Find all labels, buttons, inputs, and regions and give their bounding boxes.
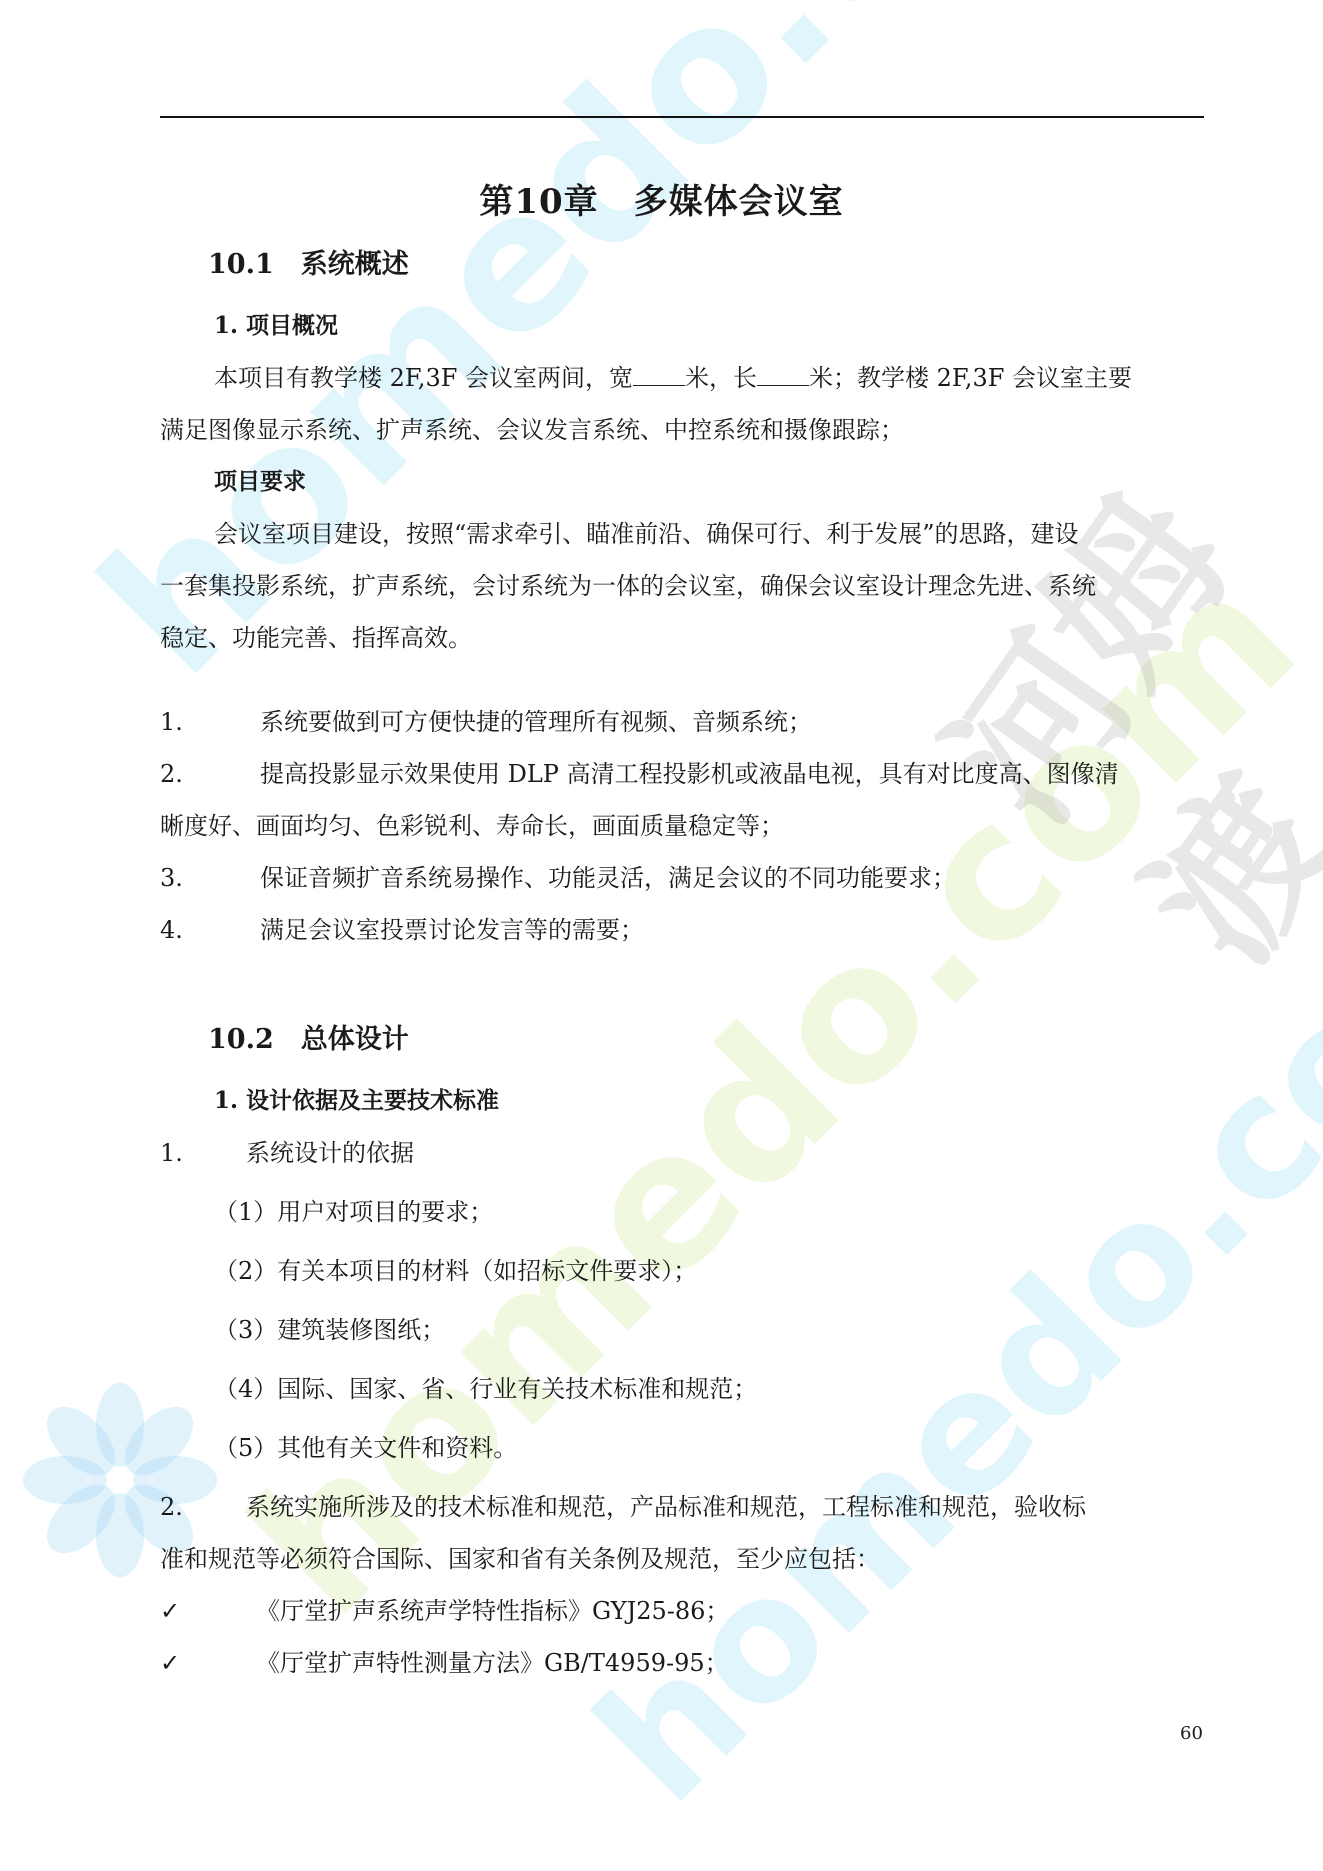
page-number: 60 bbox=[1180, 1723, 1203, 1744]
header-rule bbox=[160, 116, 1204, 118]
overview-paragraph-line-2: 满足图像显示系统、扩声系统、会议发言系统、中控系统和摄像跟踪； bbox=[160, 415, 904, 445]
item-text: 保证音频扩音系统易操作、功能灵活，满足会议的不同功能要求； bbox=[260, 864, 956, 892]
item-number: 1. bbox=[160, 707, 260, 737]
subheading-project-overview: 1. 项目概况 bbox=[214, 311, 338, 341]
item-number: 3. bbox=[160, 863, 260, 893]
subheading-design-basis: 1. 设计依据及主要技术标准 bbox=[214, 1086, 499, 1116]
requirements-paragraph-line-1: 会议室项目建设，按照“需求牵引、瞄准前沿、确保可行、利于发展”的思路，建设 bbox=[214, 519, 1079, 549]
overview-paragraph-line-1: 本项目有教学楼 2F,3F 会议室两间，宽米，长米；教学楼 2F,3F 会议室主… bbox=[214, 363, 1132, 393]
item-text: 《厅堂扩声系统声学特性指标》GYJ25-86； bbox=[256, 1597, 729, 1625]
document-page: 第10章 多媒体会议室 10.1 系统概述 1. 项目概况 本项目有教学楼 2F… bbox=[0, 0, 1323, 1871]
overview-text-a: 本项目有教学楼 2F,3F 会议室两间，宽 bbox=[214, 364, 633, 392]
requirement-item-1: 1.系统要做到可方便快捷的管理所有视频、音频系统； bbox=[160, 707, 812, 737]
width-blank bbox=[633, 363, 685, 386]
item-number: 4. bbox=[160, 915, 260, 945]
overview-text-c: 米；教学楼 2F,3F 会议室主要 bbox=[809, 364, 1132, 392]
item-number: 2. bbox=[160, 759, 260, 789]
basis-item-2: （2）有关本项目的材料（如招标文件要求）； bbox=[214, 1256, 697, 1286]
item-text: 系统设计的依据 bbox=[246, 1139, 414, 1167]
standard-item-1: ✓《厅堂扩声系统声学特性指标》GYJ25-86； bbox=[160, 1596, 729, 1626]
subheading-requirements: 项目要求 bbox=[214, 467, 306, 497]
section-heading-10-2: 10.2 总体设计 bbox=[208, 1025, 409, 1055]
item-number: 1. bbox=[160, 1138, 246, 1168]
requirement-item-3: 3.保证音频扩音系统易操作、功能灵活，满足会议的不同功能要求； bbox=[160, 863, 956, 893]
standards-paragraph-line-1: 2.系统实施所涉及的技术标准和规范，产品标准和规范，工程标准和规范，验收标 bbox=[160, 1492, 1086, 1522]
check-icon: ✓ bbox=[160, 1596, 256, 1626]
requirement-item-2: 2.提高投影显示效果使用 DLP 高清工程投影机或液晶电视，具有对比度高、图像清 bbox=[160, 759, 1119, 789]
length-blank bbox=[757, 363, 809, 386]
requirement-item-2-continued: 晰度好、画面均匀、色彩锐利、寿命长，画面质量稳定等； bbox=[160, 811, 784, 841]
basis-item-1: （1）用户对项目的要求； bbox=[214, 1197, 493, 1227]
item-text: 满足会议室投票讨论发言等的需要； bbox=[260, 916, 644, 944]
item-text: 《厅堂扩声特性测量方法》GB/T4959-95； bbox=[256, 1649, 729, 1677]
standards-paragraph-line-2: 准和规范等必须符合国际、国家和省有关条例及规范，至少应包括： bbox=[160, 1544, 880, 1574]
item-text: 系统实施所涉及的技术标准和规范，产品标准和规范，工程标准和规范，验收标 bbox=[246, 1493, 1086, 1521]
item-text: 提高投影显示效果使用 DLP 高清工程投影机或液晶电视，具有对比度高、图像清 bbox=[260, 760, 1119, 788]
basis-heading: 1.系统设计的依据 bbox=[160, 1138, 414, 1168]
item-number: 2. bbox=[160, 1492, 246, 1522]
requirements-paragraph-line-2: 一套集投影系统，扩声系统，会讨系统为一体的会议室，确保会议室设计理念先进、系统 bbox=[160, 571, 1096, 601]
overview-text-b: 米，长 bbox=[685, 364, 757, 392]
basis-item-4: （4）国际、国家、省、行业有关技术标准和规范； bbox=[214, 1374, 757, 1404]
chapter-title: 第10章 多媒体会议室 bbox=[0, 174, 1323, 223]
requirements-paragraph-line-3: 稳定、功能完善、指挥高效。 bbox=[160, 623, 472, 653]
basis-item-3: （3）建筑装修图纸； bbox=[214, 1315, 445, 1345]
standard-item-2: ✓《厅堂扩声特性测量方法》GB/T4959-95； bbox=[160, 1648, 729, 1678]
item-text: 系统要做到可方便快捷的管理所有视频、音频系统； bbox=[260, 708, 812, 736]
section-heading-10-1: 10.1 系统概述 bbox=[208, 250, 409, 280]
basis-item-5: （5）其他有关文件和资料。 bbox=[214, 1433, 517, 1463]
check-icon: ✓ bbox=[160, 1648, 256, 1678]
requirement-item-4: 4.满足会议室投票讨论发言等的需要； bbox=[160, 915, 644, 945]
